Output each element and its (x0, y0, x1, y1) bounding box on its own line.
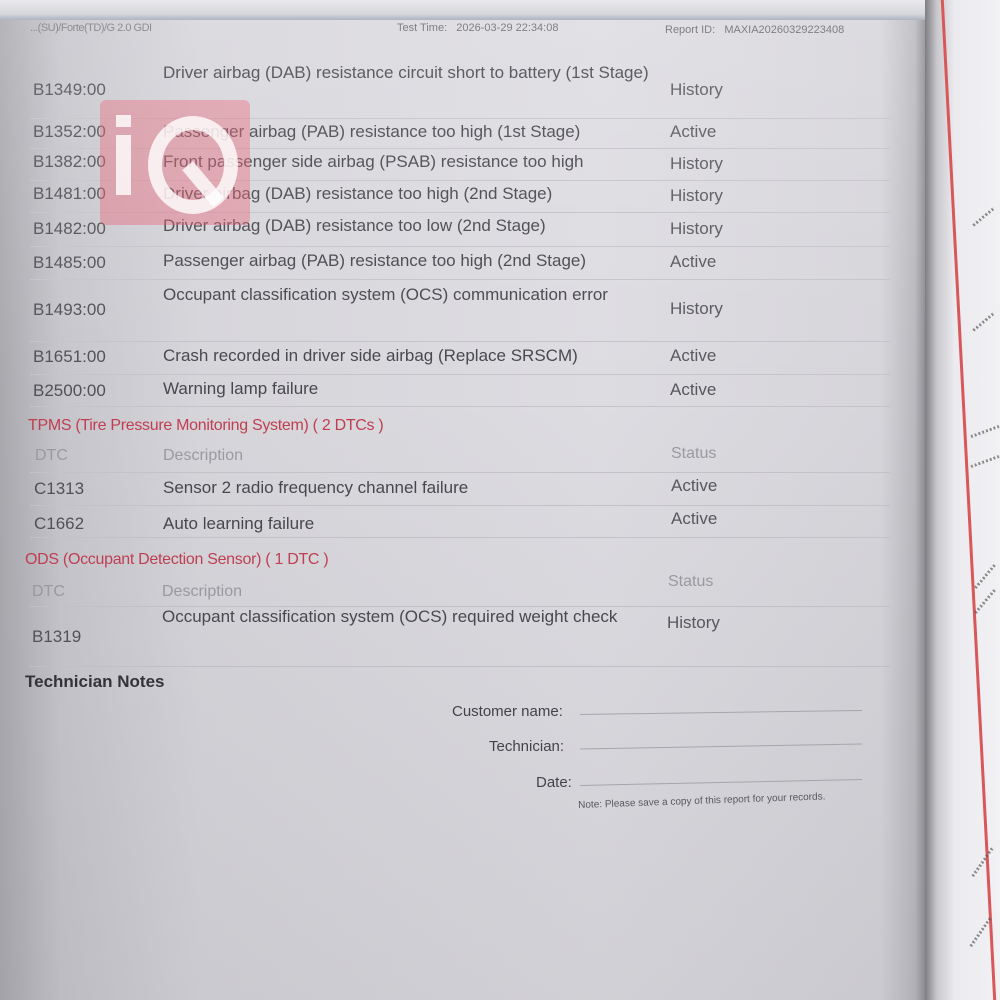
table-row: B1319 Occupant classification system (OC… (30, 606, 890, 667)
customer-name-field[interactable] (580, 710, 862, 715)
dtc-code: B1352:00 (33, 118, 106, 146)
test-time-value: 2026-03-29 22:34:08 (456, 22, 558, 34)
customer-name-label: Customer name: (452, 703, 563, 720)
dtc-code: B1493:00 (33, 296, 106, 324)
dtc-status: Active (671, 472, 717, 500)
dtc-description: Passenger airbag (PAB) resistance too hi… (163, 247, 653, 275)
dtc-status: History (670, 215, 723, 243)
adjacent-booklet-page (925, 0, 1000, 1000)
dtc-status: Active (670, 342, 716, 370)
watermark-i-dot (116, 115, 131, 127)
paper-curl (0, 0, 980, 20)
dtc-status: Active (671, 505, 717, 533)
save-copy-note: Note: Please save a copy of this report … (578, 791, 826, 811)
dtc-status: History (667, 609, 720, 637)
table-row: C1662 Auto learning failure Active (30, 505, 890, 538)
arabic-text-line (971, 846, 994, 877)
watermark-i-stem (116, 135, 131, 195)
dtc-status: History (670, 150, 723, 178)
table-row: B1485:00 Passenger airbag (PAB) resistan… (30, 246, 890, 280)
vehicle-info: ...(SU)/Forte(TD)/G 2.0 GDI (30, 22, 152, 34)
dtc-status: History (670, 76, 723, 104)
report-id-label: Report ID: (665, 24, 715, 36)
technician-field[interactable] (580, 744, 862, 750)
table-row: C1313 Sensor 2 radio frequency channel f… (30, 472, 890, 506)
iq-watermark-logo (100, 100, 250, 225)
dtc-description: Driver airbag (DAB) resistance circuit s… (163, 62, 653, 84)
table-row: B1493:00 Occupant classification system … (30, 279, 890, 342)
report-page: ...(SU)/Forte(TD)/G 2.0 GDI Test Time: 2… (0, 0, 925, 1000)
dtc-code: B1485:00 (33, 249, 106, 277)
test-time: Test Time: 2026-03-29 22:34:08 (397, 22, 558, 34)
dtc-code: B1482:00 (33, 215, 106, 243)
technician-label: Technician: (489, 738, 564, 755)
date-field[interactable] (580, 779, 862, 786)
arabic-text-line (970, 455, 999, 468)
section-title-ods: ODS (Occupant Detection Sensor) ( 1 DTC … (25, 551, 328, 569)
column-header-status: Status (671, 440, 716, 468)
table-row: B2500:00 Warning lamp failure Active (30, 374, 890, 407)
dtc-status: Active (670, 376, 716, 404)
dtc-code: B1319 (32, 623, 81, 651)
column-header-status: Status (668, 568, 713, 596)
dtc-description: Auto learning failure (163, 510, 653, 538)
dtc-code: B1382:00 (33, 148, 106, 176)
table-header-row: DTC Description Status (30, 442, 890, 473)
arabic-text-line (970, 425, 999, 438)
arabic-text-line (972, 311, 995, 331)
report-id-value: MAXIA20260329223408 (724, 24, 844, 36)
dtc-description: Occupant classification system (OCS) req… (162, 602, 632, 631)
dtc-code: B1651:00 (33, 343, 106, 371)
test-time-label: Test Time: (397, 22, 447, 34)
table-row: B1651:00 Crash recorded in driver side a… (30, 341, 890, 375)
dtc-code: B1349:00 (33, 76, 106, 104)
column-header-dtc: DTC (35, 442, 68, 470)
dtc-status: Active (670, 248, 716, 276)
column-header-description: Description (163, 442, 653, 470)
technician-notes-title: Technician Notes (25, 672, 165, 692)
dtc-code: B2500:00 (33, 377, 106, 405)
dtc-status: History (670, 295, 723, 323)
dtc-description: Crash recorded in driver side airbag (Re… (163, 342, 653, 370)
arabic-text-line (974, 589, 996, 614)
dtc-status: Active (670, 118, 716, 146)
report-id: Report ID: MAXIA20260329223408 (665, 24, 844, 36)
dtc-code: C1662 (34, 510, 84, 538)
column-header-dtc: DTC (32, 578, 65, 606)
dtc-description: Occupant classification system (OCS) com… (163, 281, 633, 309)
arabic-text-line (974, 564, 996, 589)
dtc-status: History (670, 182, 723, 210)
dtc-code: C1313 (34, 475, 84, 503)
arabic-text-line (972, 206, 995, 226)
dtc-description: Sensor 2 radio frequency channel failure (163, 474, 653, 502)
report-header: ...(SU)/Forte(TD)/G 2.0 GDI Test Time: 2… (30, 22, 890, 42)
date-label: Date: (536, 774, 572, 791)
dtc-code: B1481:00 (33, 180, 106, 208)
dtc-description: Warning lamp failure (163, 375, 653, 403)
section-title-tpms: TPMS (Tire Pressure Monitoring System) (… (28, 417, 383, 435)
